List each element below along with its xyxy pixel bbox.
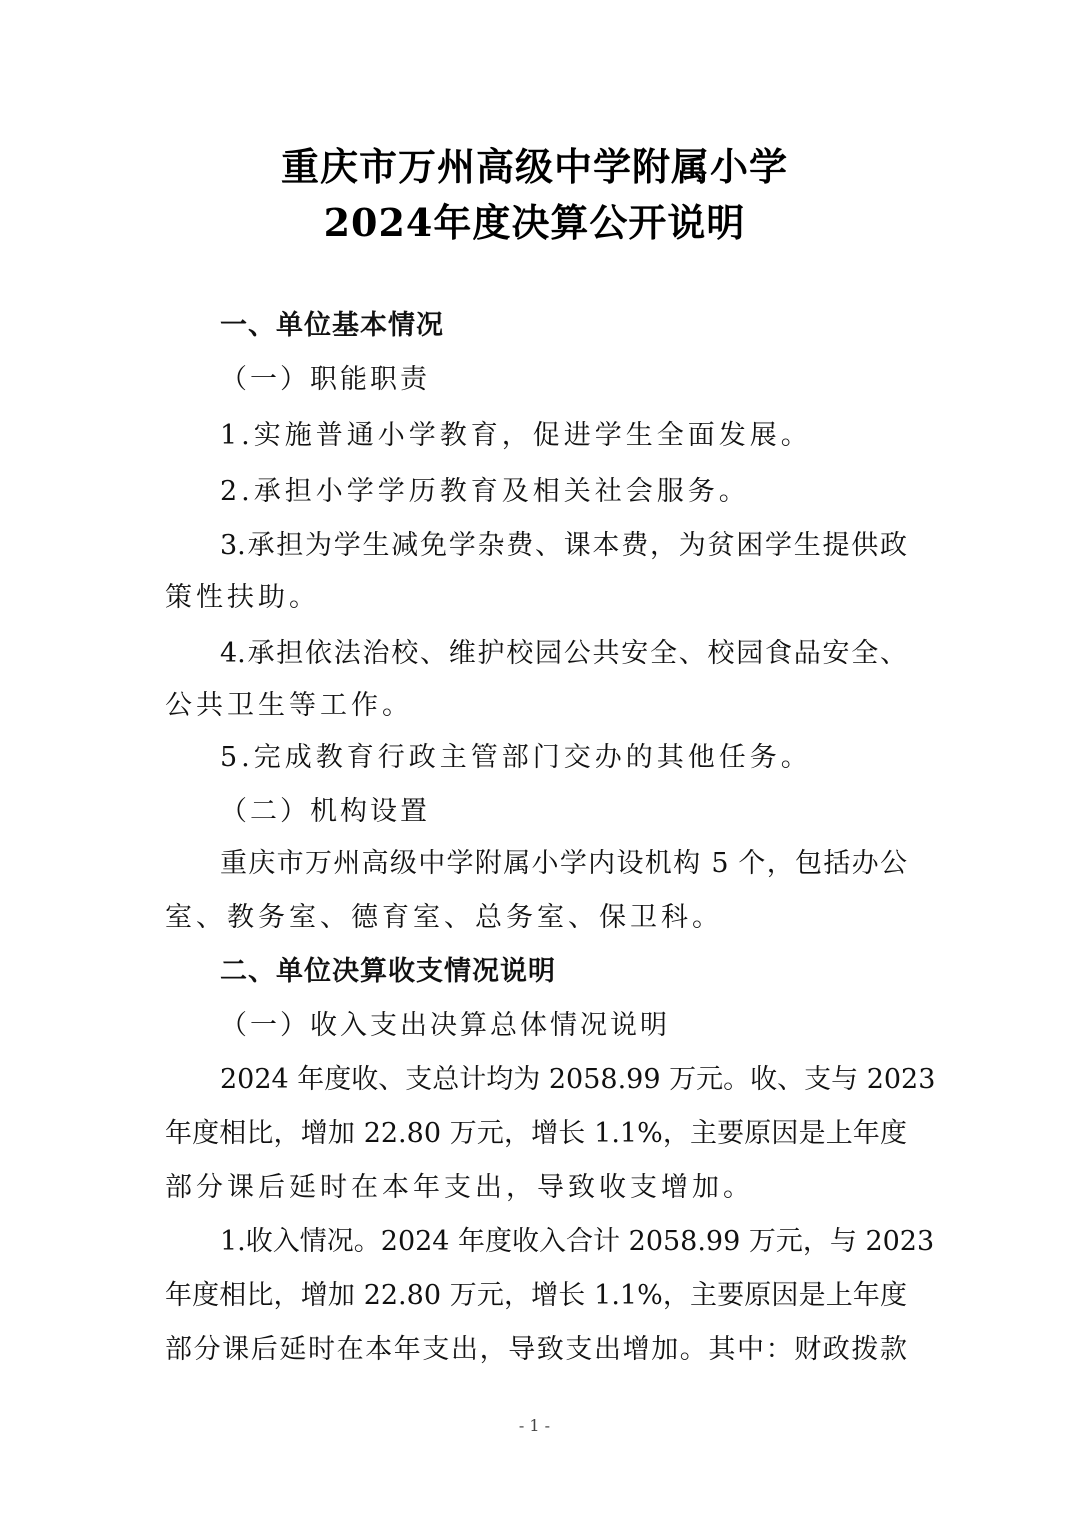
document-title-line1: 重庆市万州高级中学附属小学 (0, 136, 1069, 191)
document-title-line2: 2024年度决算公开说明 (0, 192, 1069, 247)
paragraph-line: 部分课后延时在本年支出，导致支出增加。其中：财政拨款 (165, 1332, 907, 1368)
paragraph-line: 重庆市万州高级中学附属小学内设机构 5 个，包括办公 (220, 846, 907, 882)
paragraph-line: 年度相比，增加 22.80 万元，增长 1.1%，主要原因是上年度 (165, 1116, 907, 1152)
paragraph-line: 室、教务室、德育室、总务室、保卫科。 (165, 900, 907, 936)
subsection-heading: （二）机构设置 (220, 794, 907, 830)
section-heading: 二、单位决算收支情况说明 (220, 954, 907, 990)
paragraph-line: 4.承担依法治校、维护校园公共安全、校园食品安全、 (220, 636, 907, 672)
paragraph-line: 1.收入情况。2024 年度收入合计 2058.99 万元，与 2023 (220, 1224, 907, 1260)
page-number: - 1 - (0, 1416, 1069, 1435)
paragraph-line: 年度相比，增加 22.80 万元，增长 1.1%，主要原因是上年度 (165, 1278, 907, 1314)
subsection-heading: （一）职能职责 (220, 362, 907, 398)
subsection-heading: （一）收入支出决算总体情况说明 (220, 1008, 907, 1044)
paragraph-line: 5.完成教育行政主管部门交办的其他任务。 (220, 740, 907, 776)
paragraph-line: 1.实施普通小学教育，促进学生全面发展。 (220, 418, 907, 454)
paragraph-line: 2024 年度收、支总计均为 2058.99 万元。收、支与 2023 (220, 1062, 907, 1098)
section-heading: 一、单位基本情况 (220, 308, 907, 344)
paragraph-line: 策性扶助。 (165, 580, 907, 616)
paragraph-line: 3.承担为学生减免学杂费、课本费，为贫困学生提供政 (220, 528, 907, 564)
paragraph-line: 部分课后延时在本年支出，导致收支增加。 (165, 1170, 907, 1206)
paragraph-line: 2.承担小学学历教育及相关社会服务。 (220, 474, 907, 510)
paragraph-line: 公共卫生等工作。 (165, 688, 907, 724)
